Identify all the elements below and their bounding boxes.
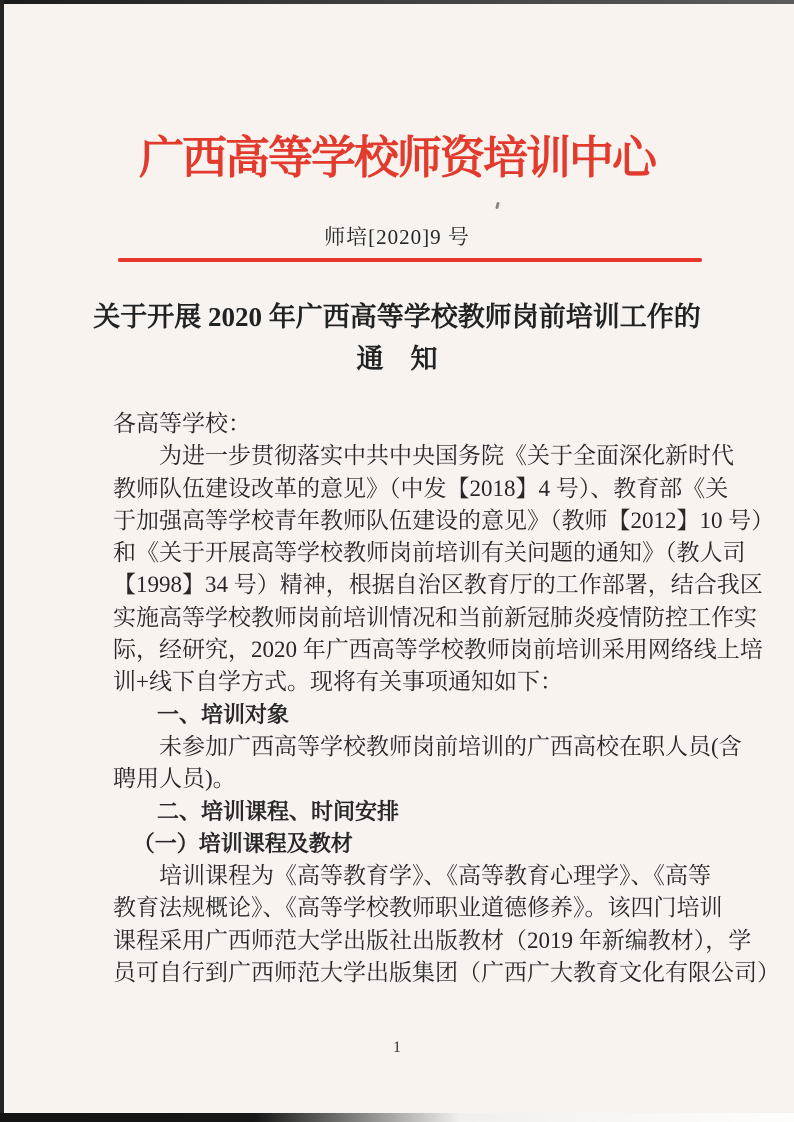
scan-edge-top [0, 0, 794, 4]
body-line: （一）培训课程及教材 [113, 828, 723, 860]
page-number: 1 [0, 1039, 794, 1057]
body-line: 培训课程为《高等教育学》、《高等教育心理学》、《高等 [113, 860, 723, 892]
body-line: 【1998】34 号）精神，根据自治区教育厅的工作部署，结合我区 [113, 569, 723, 601]
body-line: 各高等学校： [113, 408, 723, 440]
red-divider-rule [118, 258, 702, 262]
notice-title-line1: 关于开展 2020 年广西高等学校教师岗前培训工作的 [0, 296, 794, 338]
body-line: 教师队伍建设改革的意见》（中发【2018】4 号）、教育部《关 [113, 473, 723, 505]
body-line: 为进一步贯彻落实中共中央国务院《关于全面深化新时代 [113, 440, 723, 472]
body-line: 际，经研究，2020 年广西高等学校教师岗前培训采用网络线上培 [113, 634, 723, 666]
scanned-document-page: { "page": { "letterhead": "广西高等学校师资培训中心"… [0, 0, 794, 1122]
body-line: 课程采用广西师范大学出版社出版教材（2019 年新编教材），学 [113, 925, 723, 957]
document-number: 师培[2020]9 号 [0, 221, 794, 251]
notice-title: 关于开展 2020 年广西高等学校教师岗前培训工作的 通 知 [0, 296, 794, 380]
scan-speck [495, 202, 500, 210]
body-line: 训+线下自学方式。现将有关事项通知如下： [113, 666, 723, 698]
body-line: 实施高等学校教师岗前培训情况和当前新冠肺炎疫情防控工作实 [113, 602, 723, 634]
body-line: 教育法规概论》、《高等学校教师职业道德修养》。该四门培训 [113, 892, 723, 924]
notice-title-line2: 通 知 [0, 338, 794, 380]
body-line: 二、培训课程、时间安排 [113, 796, 723, 828]
body-line: 于加强高等学校青年教师队伍建设的意见》（教师【2012】10 号） [113, 505, 723, 537]
body-line: 聘用人员)。 [113, 763, 723, 795]
body-line: 员可自行到广西师范大学出版集团（广西广大教育文化有限公司） [113, 957, 723, 989]
scan-edge-bottom [0, 1113, 794, 1122]
body-line: 一、培训对象 [113, 699, 723, 731]
body-text: 各高等学校：为进一步贯彻落实中共中央国务院《关于全面深化新时代教师队伍建设改革的… [113, 408, 723, 989]
body-line: 未参加广西高等学校教师岗前培训的广西高校在职人员(含 [113, 731, 723, 763]
letterhead-title: 广西高等学校师资培训中心 [0, 121, 794, 186]
body-line: 和《关于开展高等学校教师岗前培训有关问题的通知》（教人司 [113, 537, 723, 569]
